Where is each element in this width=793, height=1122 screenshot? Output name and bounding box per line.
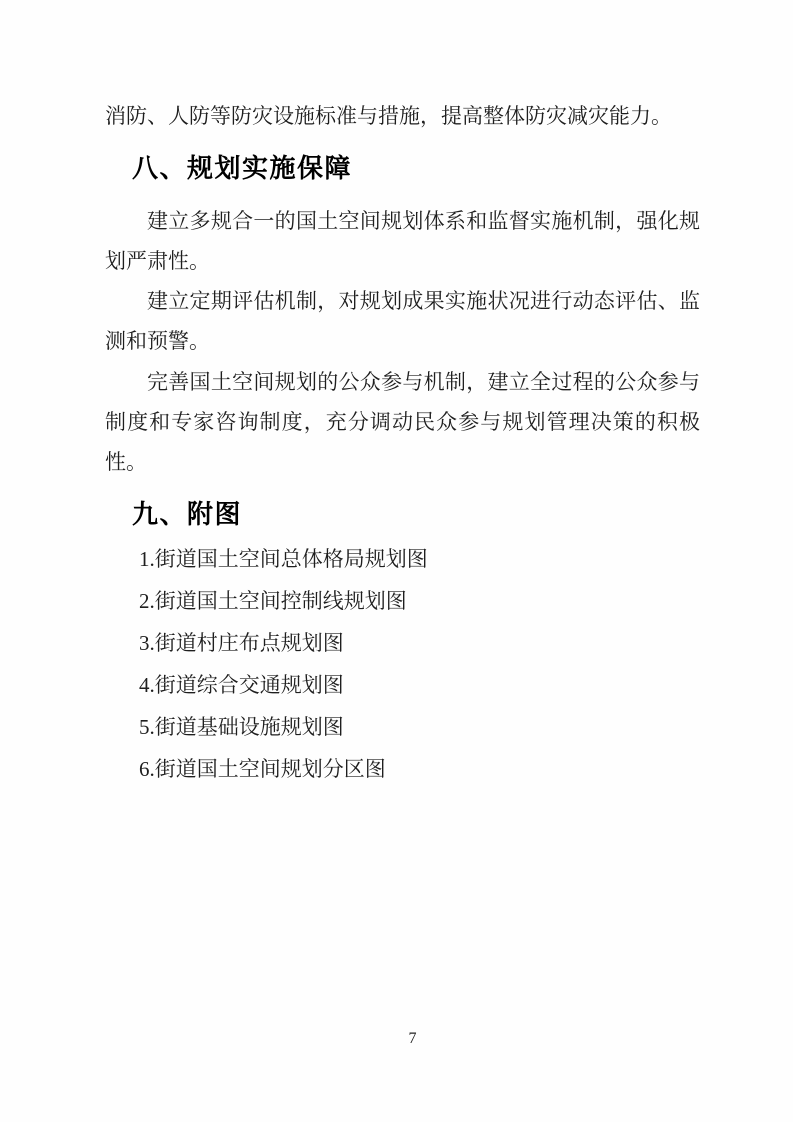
paragraph-line: 完善国土空间规划的公众参与机制，建立全过程的公众参与 <box>105 362 700 402</box>
figure-list-item: 5.街道基础设施规划图 <box>139 706 734 748</box>
section-9-heading: 九、附图 <box>105 497 700 531</box>
section-8-paragraph-2: 建立定期评估机制，对规划成果实施状况进行动态评估、监 测和预警。 <box>105 281 700 361</box>
section-8-paragraph-1: 建立多规合一的国土空间规划体系和监督实施机制，强化规 划严肃性。 <box>105 201 700 281</box>
figure-list-item: 3.街道村庄布点规划图 <box>139 622 734 664</box>
paragraph-line: 建立多规合一的国土空间规划体系和监督实施机制，强化规 <box>105 201 700 241</box>
figure-list-item: 6.街道国土空间规划分区图 <box>139 748 734 790</box>
paragraph-line: 制度和专家咨询制度，充分调动民众参与规划管理决策的积极 <box>105 402 700 442</box>
paragraph-line: 建立定期评估机制，对规划成果实施状况进行动态评估、监 <box>105 281 700 321</box>
section-8-paragraph-3: 完善国土空间规划的公众参与机制，建立全过程的公众参与 制度和专家咨询制度，充分调… <box>105 362 700 482</box>
figure-list: 1.街道国土空间总体格局规划图 2.街道国土空间控制线规划图 3.街道村庄布点规… <box>105 538 734 790</box>
paragraph-line: 性。 <box>105 442 700 482</box>
continued-paragraph-line: 消防、人防等防灾设施标准与措施，提高整体防灾减灾能力。 <box>105 96 700 136</box>
figure-list-item: 4.街道综合交通规划图 <box>139 664 734 706</box>
page-content: 消防、人防等防灾设施标准与措施，提高整体防灾减灾能力。 八、规划实施保障 建立多… <box>105 0 700 1122</box>
figure-list-item: 2.街道国土空间控制线规划图 <box>139 580 734 622</box>
paragraph-line: 测和预警。 <box>105 321 700 361</box>
document-page: 消防、人防等防灾设施标准与措施，提高整体防灾减灾能力。 八、规划实施保障 建立多… <box>0 0 793 1122</box>
section-8-heading: 八、规划实施保障 <box>105 151 700 185</box>
figure-list-item: 1.街道国土空间总体格局规划图 <box>139 538 734 580</box>
page-number: 7 <box>16 1030 793 1048</box>
paragraph-line: 划严肃性。 <box>105 241 700 281</box>
